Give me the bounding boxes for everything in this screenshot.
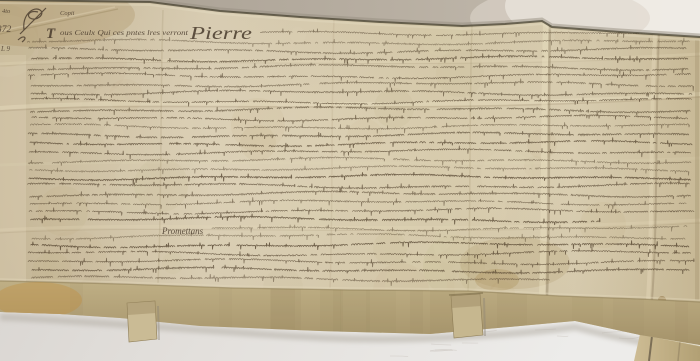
manuscript-photo: 4to 372 Copii L 9 T ous Ceulx Qui ces pn… bbox=[0, 0, 700, 361]
opening-phrase: ous Ceulx Qui ces pntes lres verront bbox=[60, 28, 189, 37]
seal-tag-right bbox=[449, 293, 485, 338]
opening-initial: T bbox=[46, 26, 56, 42]
seal-tag-left bbox=[127, 301, 159, 342]
annotation-copy-mark: Copii bbox=[60, 10, 75, 17]
photo-scene: 4to 372 Copii L 9 T ous Ceulx Qui ces pn… bbox=[0, 0, 700, 361]
annotation-shelf-mark: L 9 bbox=[0, 45, 11, 53]
annotation-number-mark: 372 bbox=[0, 25, 12, 35]
annotation-format-mark: 4to bbox=[2, 8, 11, 15]
clause-word: Promettans bbox=[161, 226, 204, 236]
left-margin bbox=[0, 55, 26, 305]
crease-vertical-main-highlight bbox=[542, 22, 546, 294]
opening-name: Pierre bbox=[189, 23, 252, 43]
